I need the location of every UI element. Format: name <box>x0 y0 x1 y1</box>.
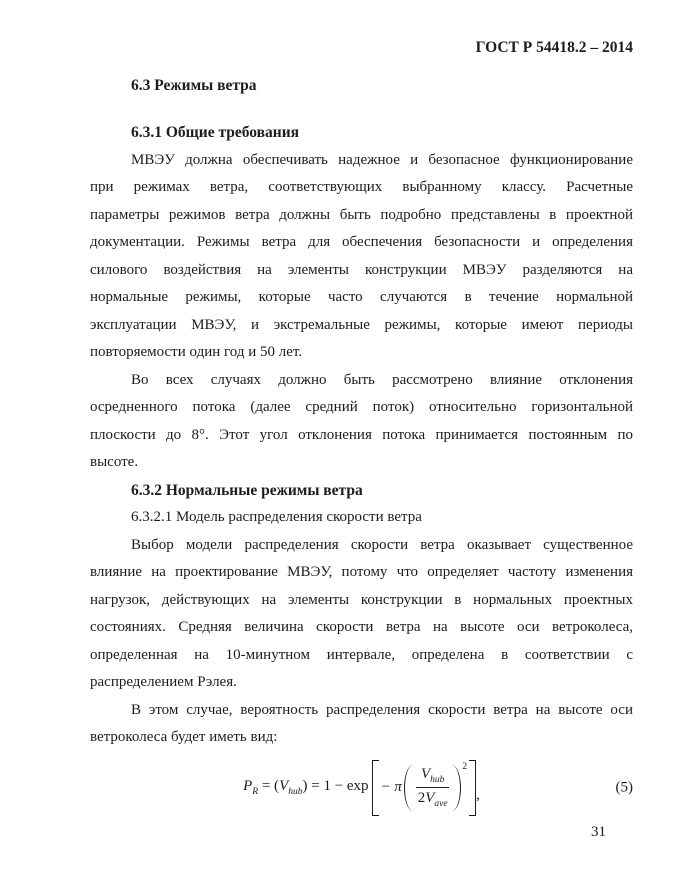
text-line: влияние на проектирование МВЭУ, потому ч… <box>90 559 633 587</box>
equation-5: PR = (Vhub) = 1 − exp − π Vhub 2Vave 2 ,… <box>90 756 633 820</box>
text-line: документации. Режимы ветра для обеспечен… <box>90 229 633 257</box>
right-square-bracket <box>469 760 476 816</box>
formula-minus-pi: − π <box>381 779 402 796</box>
formula-lhs: PR <box>243 778 258 797</box>
fraction-denominator: 2Vave <box>418 788 448 809</box>
text-line: ветроколеса будет иметь вид: <box>90 724 633 752</box>
paragraph-formula-intro: В этом случае, вероятность распределения… <box>90 697 633 752</box>
text-line: МВЭУ должна обеспечивать надежное и безо… <box>90 147 633 175</box>
section-heading-6-3-2-1: 6.3.2.1 Модель распределения скорости ве… <box>131 504 633 532</box>
document-page: ГОСТ Р 54418.2 – 2014 6.3 Режимы ветра 6… <box>0 0 680 880</box>
text-line: В этом случае, вероятность распределения… <box>90 697 633 725</box>
section-heading-6-3: 6.3 Режимы ветра <box>131 72 633 100</box>
paragraph-general-requirements-1: МВЭУ должна обеспечивать надежное и безо… <box>90 147 633 367</box>
equation-number: (5) <box>616 779 634 796</box>
exponent: 2 <box>462 762 467 772</box>
equation-5-expression: PR = (Vhub) = 1 − exp − π Vhub 2Vave 2 , <box>243 760 480 816</box>
text-line: повторяемости один год и 50 лет. <box>90 339 633 367</box>
left-parenthesis <box>404 765 413 811</box>
fraction-numerator: Vhub <box>416 766 449 788</box>
text-line: осредненного потока (далее средний поток… <box>90 394 633 422</box>
text-line: параметры режимов ветра должны быть подр… <box>90 202 633 230</box>
right-parenthesis <box>452 765 461 811</box>
text-line: плоскости до 8°. Этот угол отклонения по… <box>90 422 633 450</box>
text-line: нормальные режимы, которые часто случают… <box>90 284 633 312</box>
text-line: силового воздействия на элементы констру… <box>90 257 633 285</box>
text-line: определенная на 10-минутном интервале, о… <box>90 642 633 670</box>
left-square-bracket <box>372 760 379 816</box>
formula-comma: , <box>476 787 480 804</box>
text-line: эксплуатации МВЭУ, и экстремальные режим… <box>90 312 633 340</box>
document-header: ГОСТ Р 54418.2 – 2014 <box>90 34 633 62</box>
text-line: Во всех случаях должно быть рассмотрено … <box>90 367 633 395</box>
text-line: распределением Рэлея. <box>90 669 633 697</box>
section-heading-6-3-1: 6.3.1 Общие требования <box>131 119 633 147</box>
page-number: 31 <box>591 822 606 842</box>
section-heading-6-3-2: 6.3.2 Нормальные режимы ветра <box>131 477 633 505</box>
text-line: Выбор модели распределения скорости ветр… <box>90 532 633 560</box>
text-line: высоте. <box>90 449 633 477</box>
formula-mid: = (Vhub) = 1 − exp <box>258 778 368 797</box>
text-line: при режимах ветра, соответствующих выбра… <box>90 174 633 202</box>
text-line: нагрузок, действующих на элементы констр… <box>90 587 633 615</box>
text-line: состояниях. Средняя величина скорости ве… <box>90 614 633 642</box>
paragraph-general-requirements-2: Во всех случаях должно быть рассмотрено … <box>90 367 633 477</box>
paragraph-wind-speed-model: Выбор модели распределения скорости ветр… <box>90 532 633 697</box>
fraction: Vhub 2Vave <box>416 766 449 809</box>
